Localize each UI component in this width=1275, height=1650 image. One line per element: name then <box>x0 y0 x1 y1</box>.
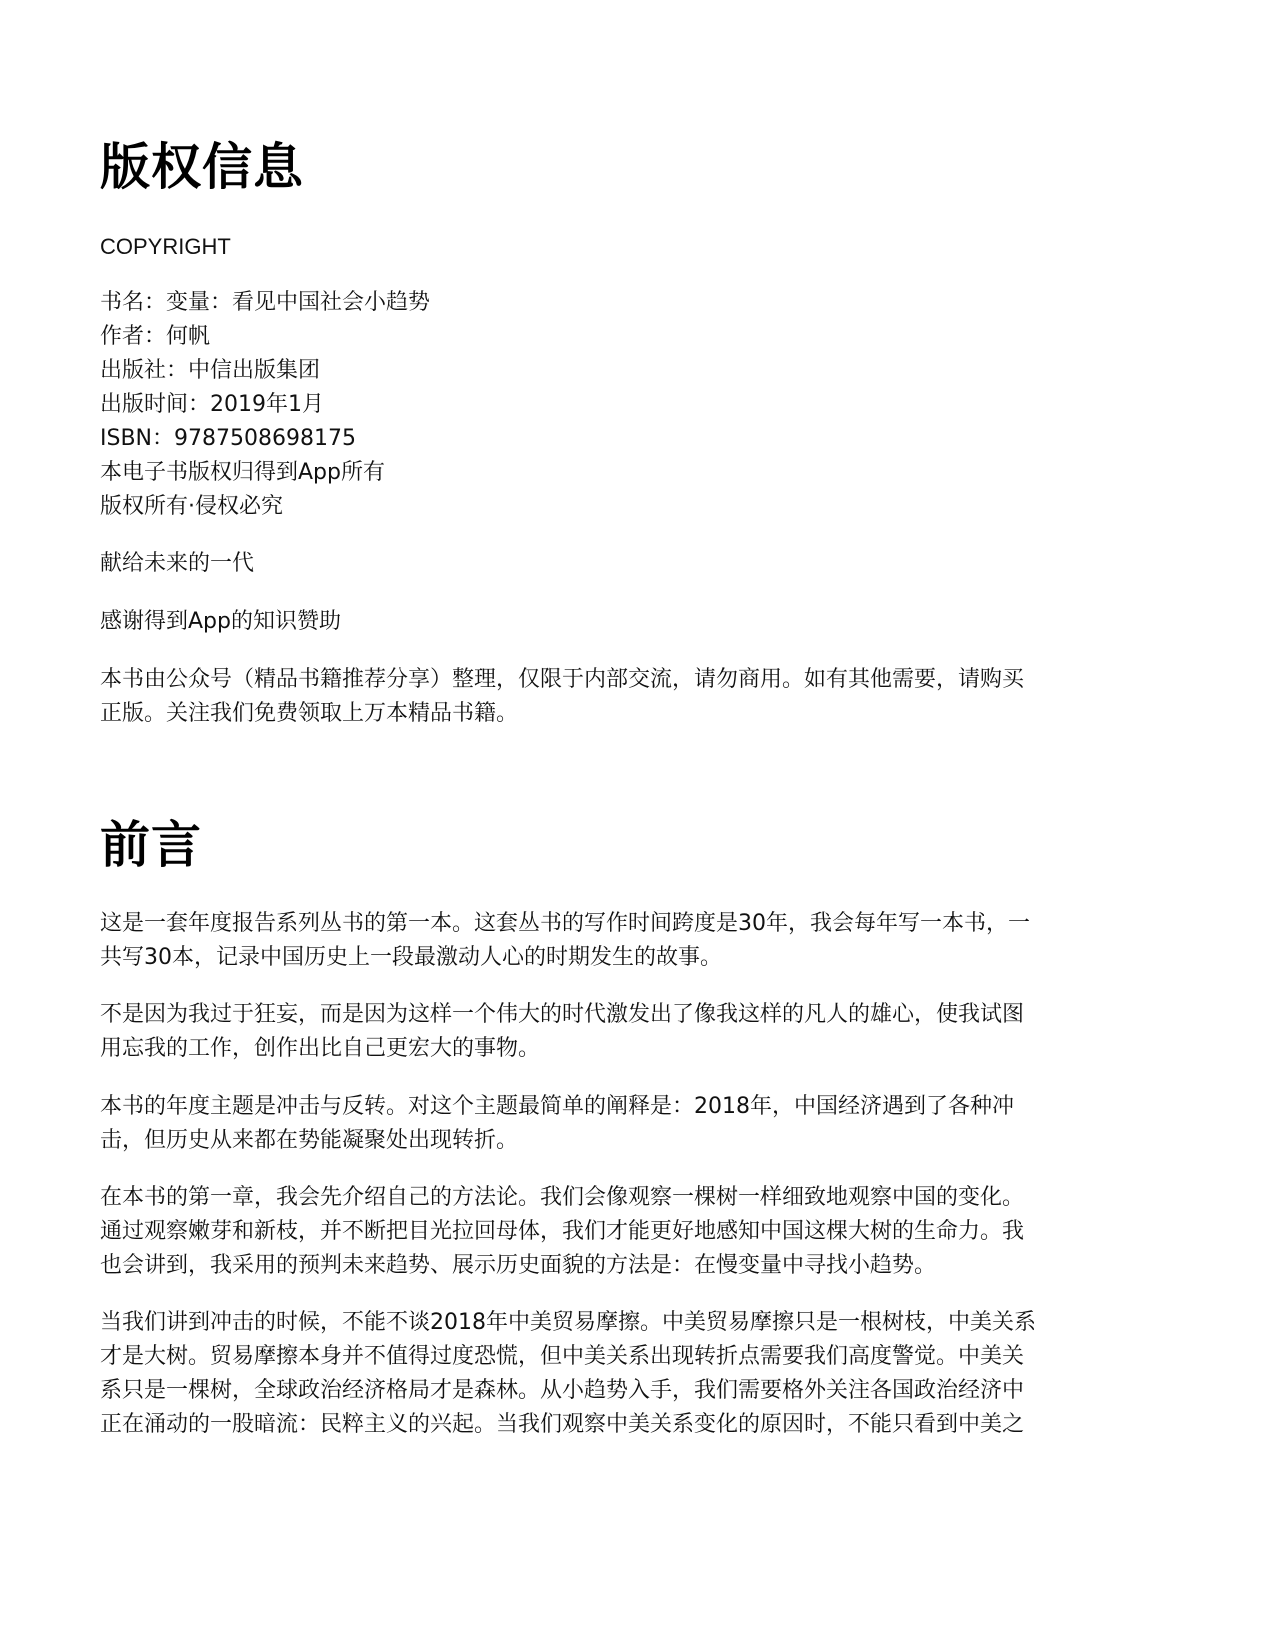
paragraph-line: 系只是一棵树，全球政治经济格局才是森林。从小趋势入手，我们需要格外关注各国政治经… <box>100 1374 1100 1408</box>
book-title-line: 书名：变量：看见中国社会小趋势 <box>100 286 430 320</box>
rights-reserved-line: 版权所有·侵权必究 <box>100 490 430 524</box>
preface-paragraph: 当我们讲到冲击的时候，不能不谈2018年中美贸易摩擦。中美贸易摩擦只是一根树枝，… <box>100 1306 1100 1442</box>
paragraph-line: 本书的年度主题是冲击与反转。对这个主题最简单的阐释是：2018年，中国经济遇到了… <box>100 1090 1100 1124</box>
paragraph-line: 用忘我的工作，创作出比自己更宏大的事物。 <box>100 1032 1100 1066</box>
isbn-line: ISBN：9787508698175 <box>100 422 430 456</box>
dedication: 献给未来的一代 <box>100 547 1100 581</box>
ebook-rights-line: 本电子书版权归得到App所有 <box>100 456 430 490</box>
paragraph-line: 当我们讲到冲击的时候，不能不谈2018年中美贸易摩擦。中美贸易摩擦只是一根树枝，… <box>100 1306 1100 1340</box>
notice-line: 正版。关注我们免费领取上万本精品书籍。 <box>100 697 1100 731</box>
book-metadata: 书名：变量：看见中国社会小趋势 作者：何帆 出版社：中信出版集团 出版时间：20… <box>100 286 430 524</box>
paragraph-line: 才是大树。贸易摩擦本身并不值得过度恐慌，但中美关系出现转折点需要我们高度警觉。中… <box>100 1340 1100 1374</box>
author-line: 作者：何帆 <box>100 320 430 354</box>
paragraph-line: 共写30本，记录中国历史上一段最激动人心的时期发生的故事。 <box>100 941 1100 975</box>
preface-paragraph: 不是因为我过于狂妄，而是因为这样一个伟大的时代激发出了像我这样的凡人的雄心，使我… <box>100 998 1100 1066</box>
copyright-heading: 版权信息 <box>100 137 304 197</box>
copyright-subtitle: COPYRIGHT <box>100 232 231 262</box>
paragraph-line: 在本书的第一章，我会先介绍自己的方法论。我们会像观察一棵树一样细致地观察中国的变… <box>100 1181 1100 1215</box>
preface-paragraph: 本书的年度主题是冲击与反转。对这个主题最简单的阐释是：2018年，中国经济遇到了… <box>100 1090 1100 1158</box>
paragraph-line: 也会讲到，我采用的预判未来趋势、展示历史面貌的方法是：在慢变量中寻找小趋势。 <box>100 1249 1100 1283</box>
paragraph-line: 正在涌动的一股暗流：民粹主义的兴起。当我们观察中美关系变化的原因时，不能只看到中… <box>100 1408 1100 1442</box>
paragraph-line: 击，但历史从来都在势能凝聚处出现转折。 <box>100 1124 1100 1158</box>
preface-paragraph: 这是一套年度报告系列丛书的第一本。这套丛书的写作时间跨度是30年，我会每年写一本… <box>100 907 1100 975</box>
paragraph-line: 不是因为我过于狂妄，而是因为这样一个伟大的时代激发出了像我这样的凡人的雄心，使我… <box>100 998 1100 1032</box>
preface-paragraph: 在本书的第一章，我会先介绍自己的方法论。我们会像观察一棵树一样细致地观察中国的变… <box>100 1181 1100 1283</box>
publisher-line: 出版社：中信出版集团 <box>100 354 430 388</box>
paragraph-line: 通过观察嫩芽和新枝，并不断把目光拉回母体，我们才能更好地感知中国这棵大树的生命力… <box>100 1215 1100 1249</box>
publish-date-line: 出版时间：2019年1月 <box>100 388 430 422</box>
paragraph-line: 这是一套年度报告系列丛书的第一本。这套丛书的写作时间跨度是30年，我会每年写一本… <box>100 907 1100 941</box>
acknowledgement: 感谢得到App的知识赞助 <box>100 605 1100 639</box>
preface-heading: 前言 <box>100 815 202 875</box>
distribution-notice: 本书由公众号（精品书籍推荐分享）整理，仅限于内部交流，请勿商用。如有其他需要，请… <box>100 663 1100 731</box>
notice-line: 本书由公众号（精品书籍推荐分享）整理，仅限于内部交流，请勿商用。如有其他需要，请… <box>100 663 1100 697</box>
